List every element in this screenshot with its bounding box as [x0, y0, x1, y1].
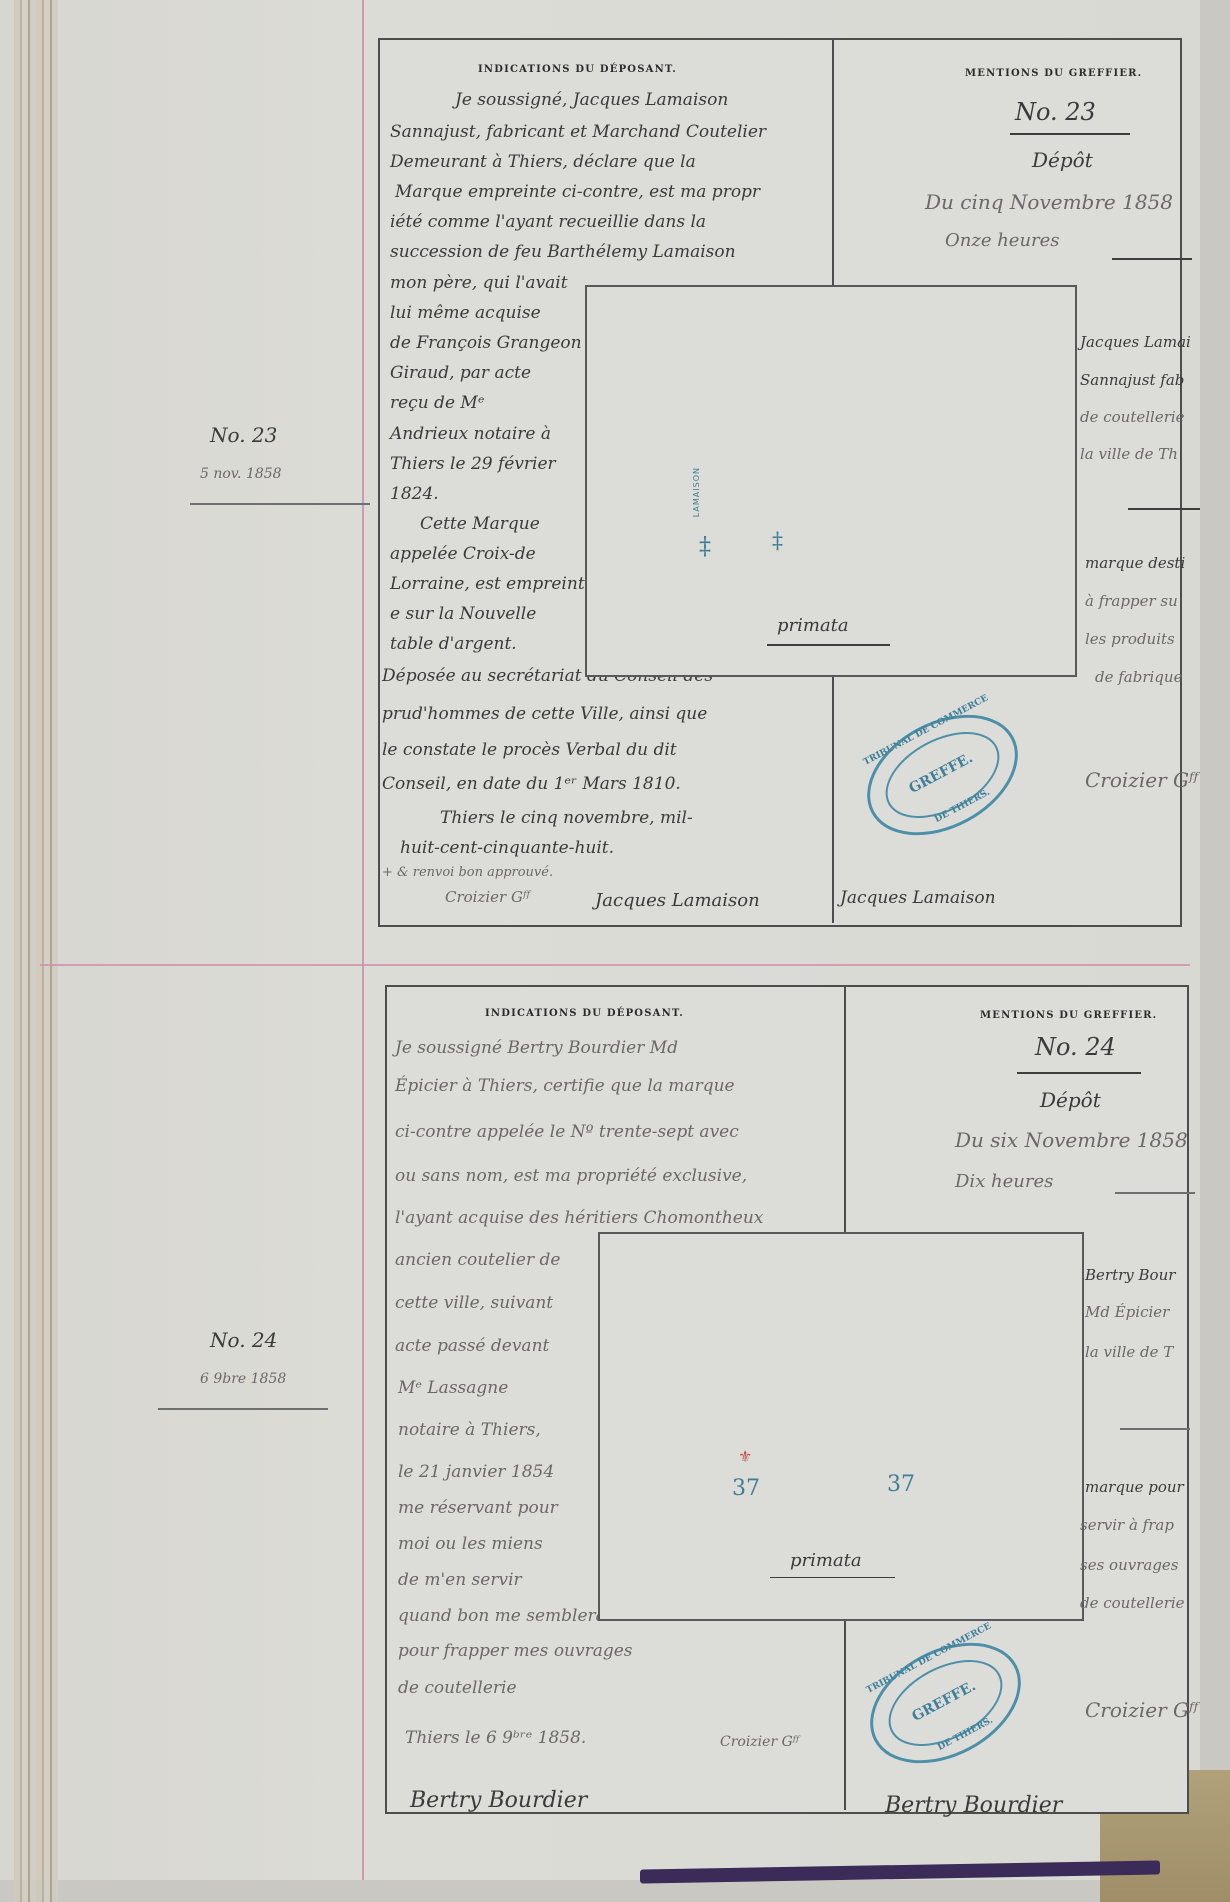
time-underline — [1112, 258, 1192, 260]
clerk-number: No. 24 — [1035, 1035, 1116, 1059]
notes-divider — [1120, 1428, 1190, 1430]
margin-date: 6 9bre 1858 — [200, 1372, 286, 1386]
number-underline — [1010, 133, 1130, 135]
caption-underline — [770, 1577, 895, 1578]
margin-number: No. 23 — [210, 425, 277, 445]
depositor-header: INDICATIONS DU DÉPOSANT. — [478, 64, 677, 75]
time-underline — [1115, 1192, 1195, 1194]
mark-caption: primata — [790, 1552, 862, 1570]
lorraine-cross-icon: ‡ — [772, 529, 783, 554]
mark-imprint-box: ⚜ 37 37 primata — [598, 1232, 1084, 1621]
mark-stamp-text: LAMAISON — [692, 467, 701, 517]
margin-number: No. 24 — [210, 1330, 277, 1350]
depositor-signature-copy: Bertry Bourdier — [885, 1795, 1062, 1817]
notes-divider — [1128, 508, 1200, 510]
book-binding — [14, 0, 58, 1902]
depositor-signature: Bertry Bourdier — [410, 1790, 587, 1812]
deposit-time: Onze heures — [945, 232, 1060, 250]
deposit-date: Du six Novembre 1858 — [955, 1130, 1188, 1150]
mark-number: 37 — [732, 1476, 760, 1501]
deposit-date: Du cinq Novembre 1858 — [925, 192, 1173, 212]
depositor-header: INDICATIONS DU DÉPOSANT. — [485, 1008, 684, 1019]
deposit-time: Dix heures — [955, 1173, 1053, 1191]
deposit-title: Dépôt — [1040, 1090, 1101, 1110]
margin-date: 5 nov. 1858 — [200, 467, 282, 481]
lorraine-cross-icon: ‡ — [699, 532, 711, 560]
red-mark-icon: ⚜ — [738, 1447, 752, 1466]
deposit-title: Dépôt — [1032, 150, 1093, 170]
clerk-header: MENTIONS DU GREFFIER. — [965, 68, 1142, 79]
mark-number: 37 — [887, 1472, 915, 1497]
depositor-signature: Jacques Lamaison — [595, 892, 760, 910]
clerk-header: MENTIONS DU GREFFIER. — [980, 1010, 1157, 1021]
clerk-signature: Croizier Gᶠᶠ — [445, 890, 530, 905]
mark-caption: primata — [777, 617, 849, 635]
number-underline — [1017, 1072, 1141, 1074]
margin-rule — [362, 0, 364, 1880]
margin-underline — [190, 503, 370, 505]
clerk-signature: Croizier Gᶠᶠ — [1085, 770, 1198, 790]
mark-imprint-box: LAMAISON ‡ ‡ primata — [585, 285, 1077, 677]
caption-underline — [767, 644, 890, 646]
clerk-signature: Croizier Gᶠᶠ — [1085, 1700, 1198, 1720]
clerk-number: No. 23 — [1015, 100, 1096, 124]
margin-underline — [158, 1408, 328, 1410]
clerk-signature: Croizier Gᶠᶠ — [720, 1735, 799, 1749]
entry-separator — [40, 964, 1190, 966]
depositor-signature-copy: Jacques Lamaison — [840, 890, 996, 907]
